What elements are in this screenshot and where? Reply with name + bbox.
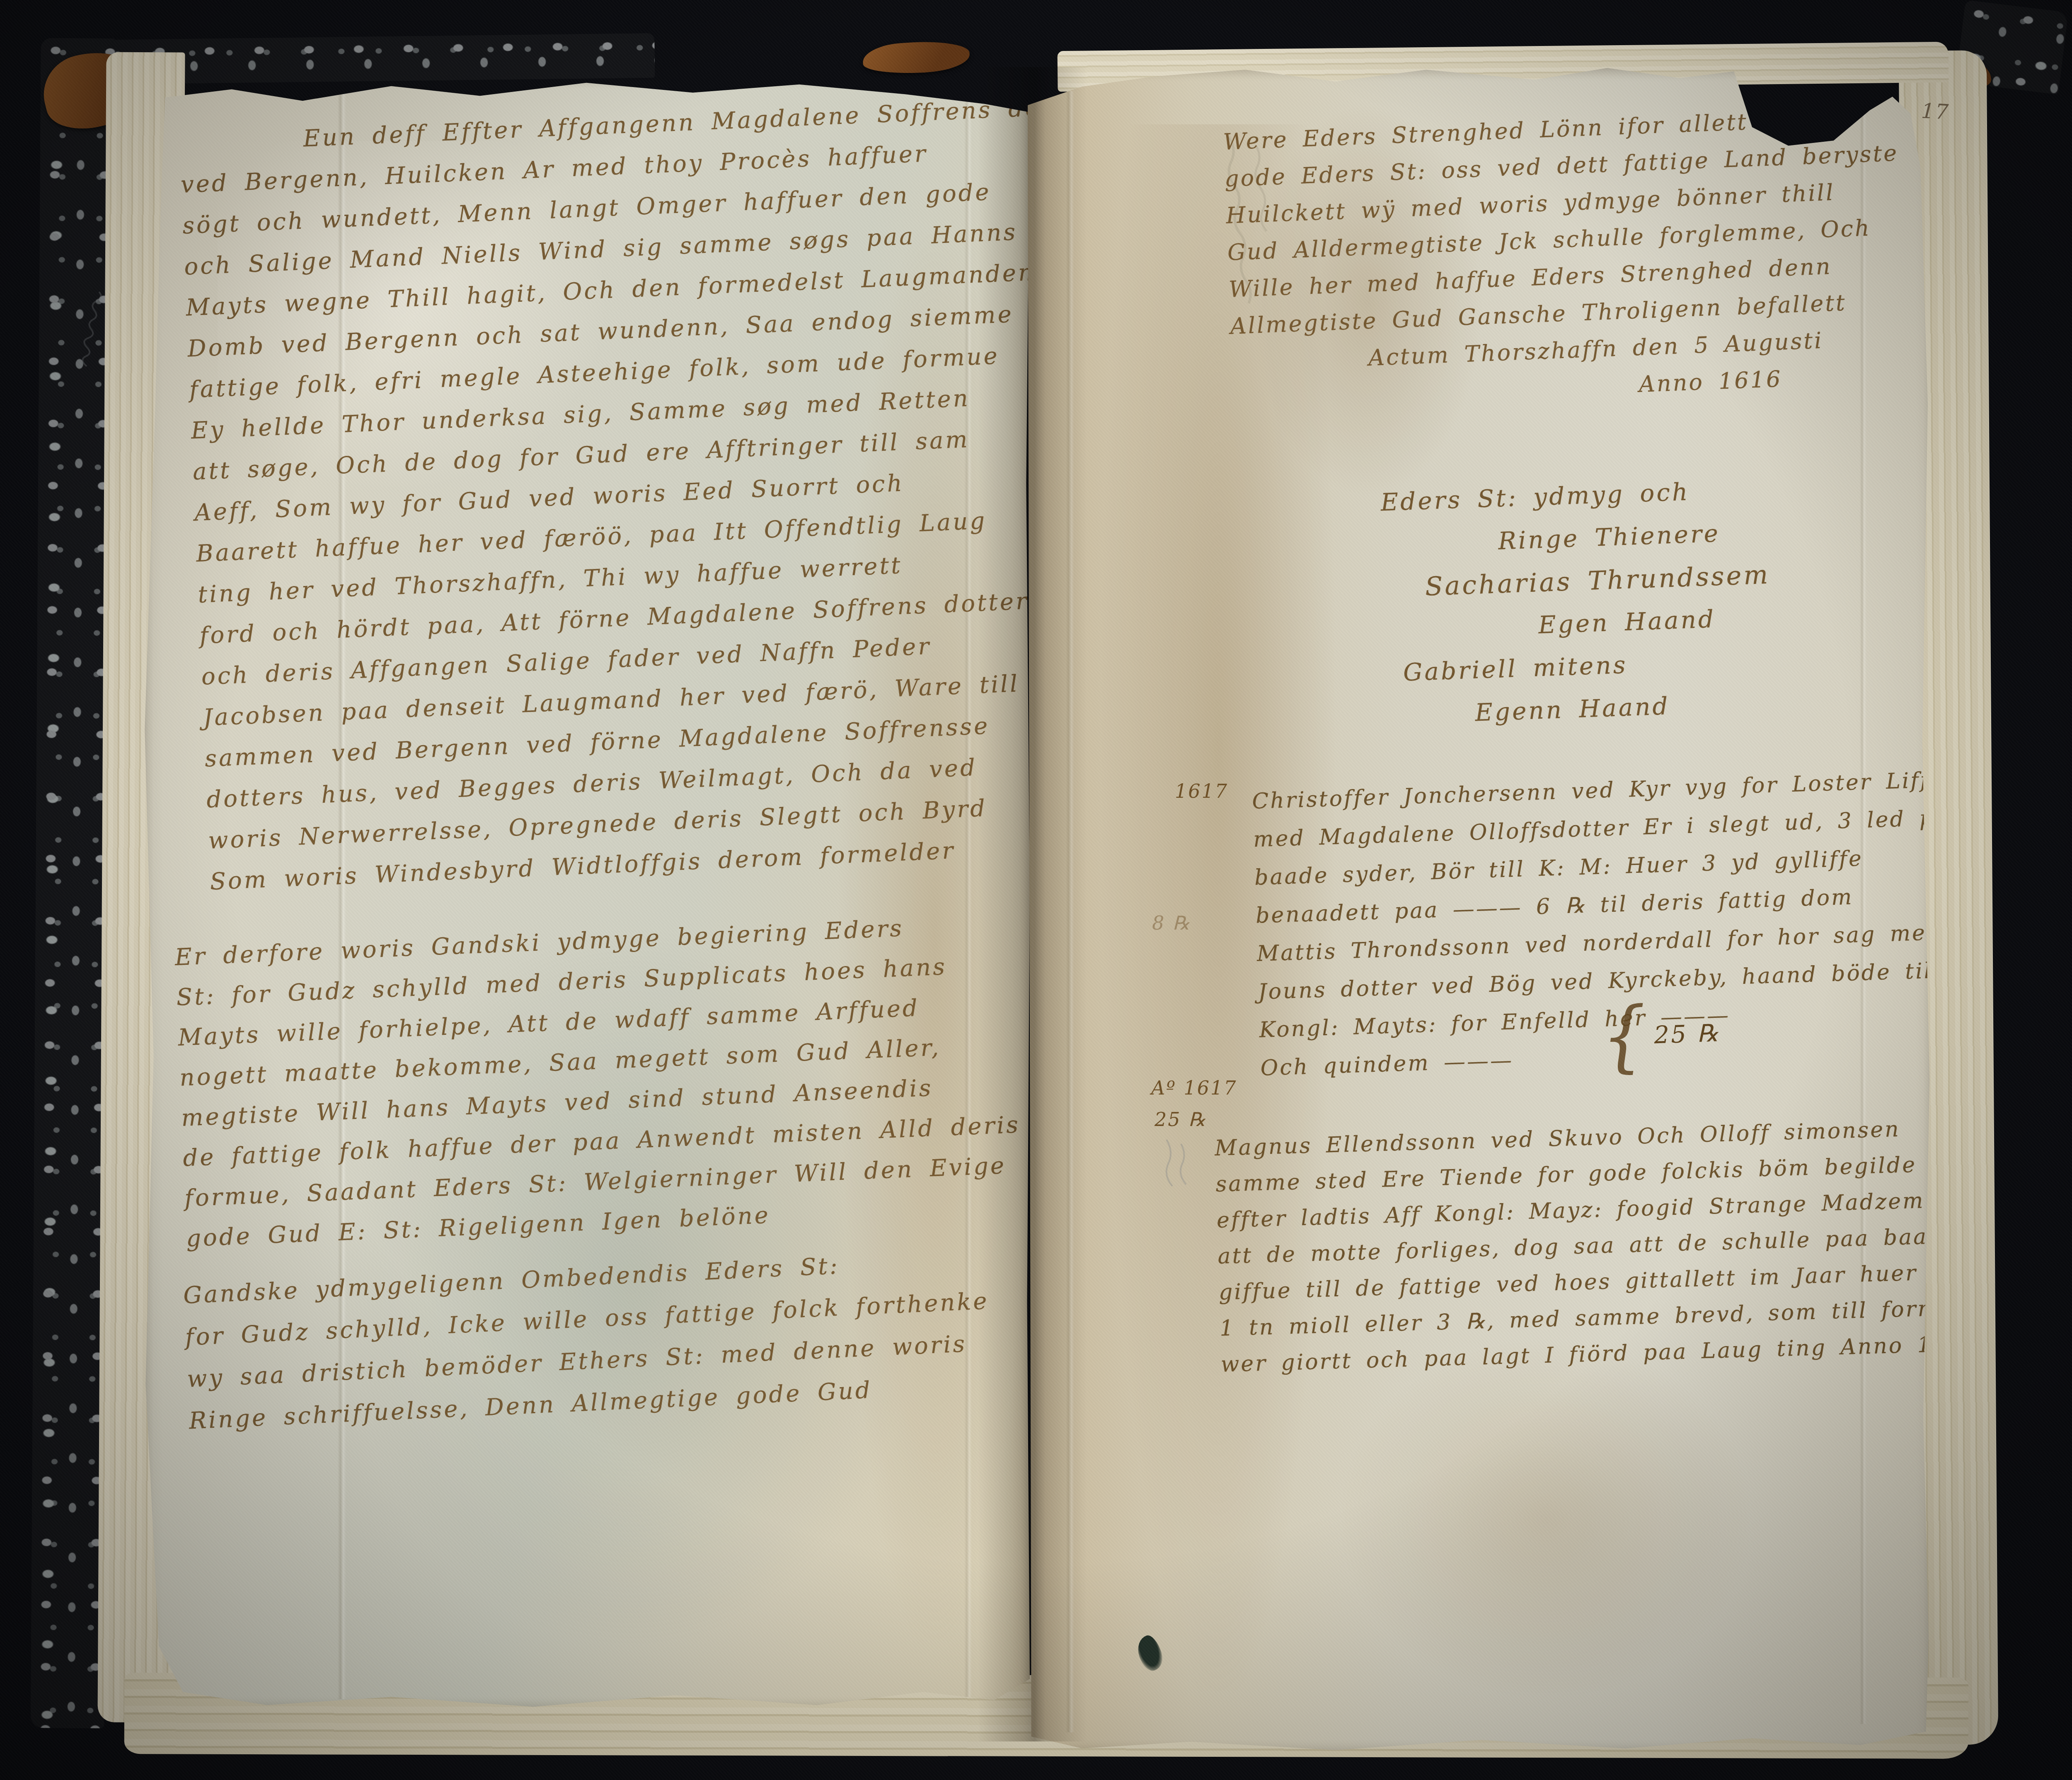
bracketed-sum: { 25 ℞ (1600, 998, 1721, 1072)
pencil-scribble-right-margin (1158, 1136, 1204, 1198)
right-page-closing-paragraph: Were Eders Strenghed Lönn ifor allett de… (1222, 98, 1907, 419)
right-page-signature-block: Eders St: ydmyg ochRinge ThienereSachari… (1372, 468, 1775, 738)
right-page: Were Eders Strenghed Lönn ifor allett de… (1028, 66, 1933, 1755)
margin-year-note: 1617 (1175, 780, 1228, 802)
brace-glyph: { (1600, 997, 1648, 1076)
photo-backdrop: Eun deff Effter Affgangenn Magdalene Sof… (0, 0, 2072, 1780)
folio-number: 17 (1921, 99, 1950, 124)
margin-sum-note: 25 ℞ (1155, 1108, 1207, 1131)
manuscript-line: Egen Haand (1538, 596, 1772, 647)
leather-spine-fragment-top-center (862, 39, 971, 75)
ink-blot (1134, 1633, 1166, 1673)
right-page-entry-1615: Magnus Ellendssonn ved Skuvo Och Olloff … (1214, 1108, 2043, 1383)
page-fold-crease (1066, 91, 1074, 1732)
paper-stain (1343, 1343, 1749, 1695)
sum-value: 25 ℞ (1653, 1019, 1721, 1049)
left-page-paragraph-3: Gandske ydmygeligenn Ombedendis Eders St… (182, 1238, 994, 1442)
margin-sum-note: 8 ℞ (1152, 912, 1191, 934)
left-page-paragraph-2: Er derfore woris Gandski ydmyge begierin… (174, 904, 1024, 1259)
left-page: Eun deff Effter Affgangenn Magdalene Sof… (143, 75, 1030, 1712)
folio-number-text: 17 (1921, 99, 1950, 124)
left-page-paragraph-1: Eun deff Effter Affgangenn Magdalene Sof… (178, 85, 1125, 903)
margin-anno-note: Aº 1617 (1151, 1077, 1237, 1099)
